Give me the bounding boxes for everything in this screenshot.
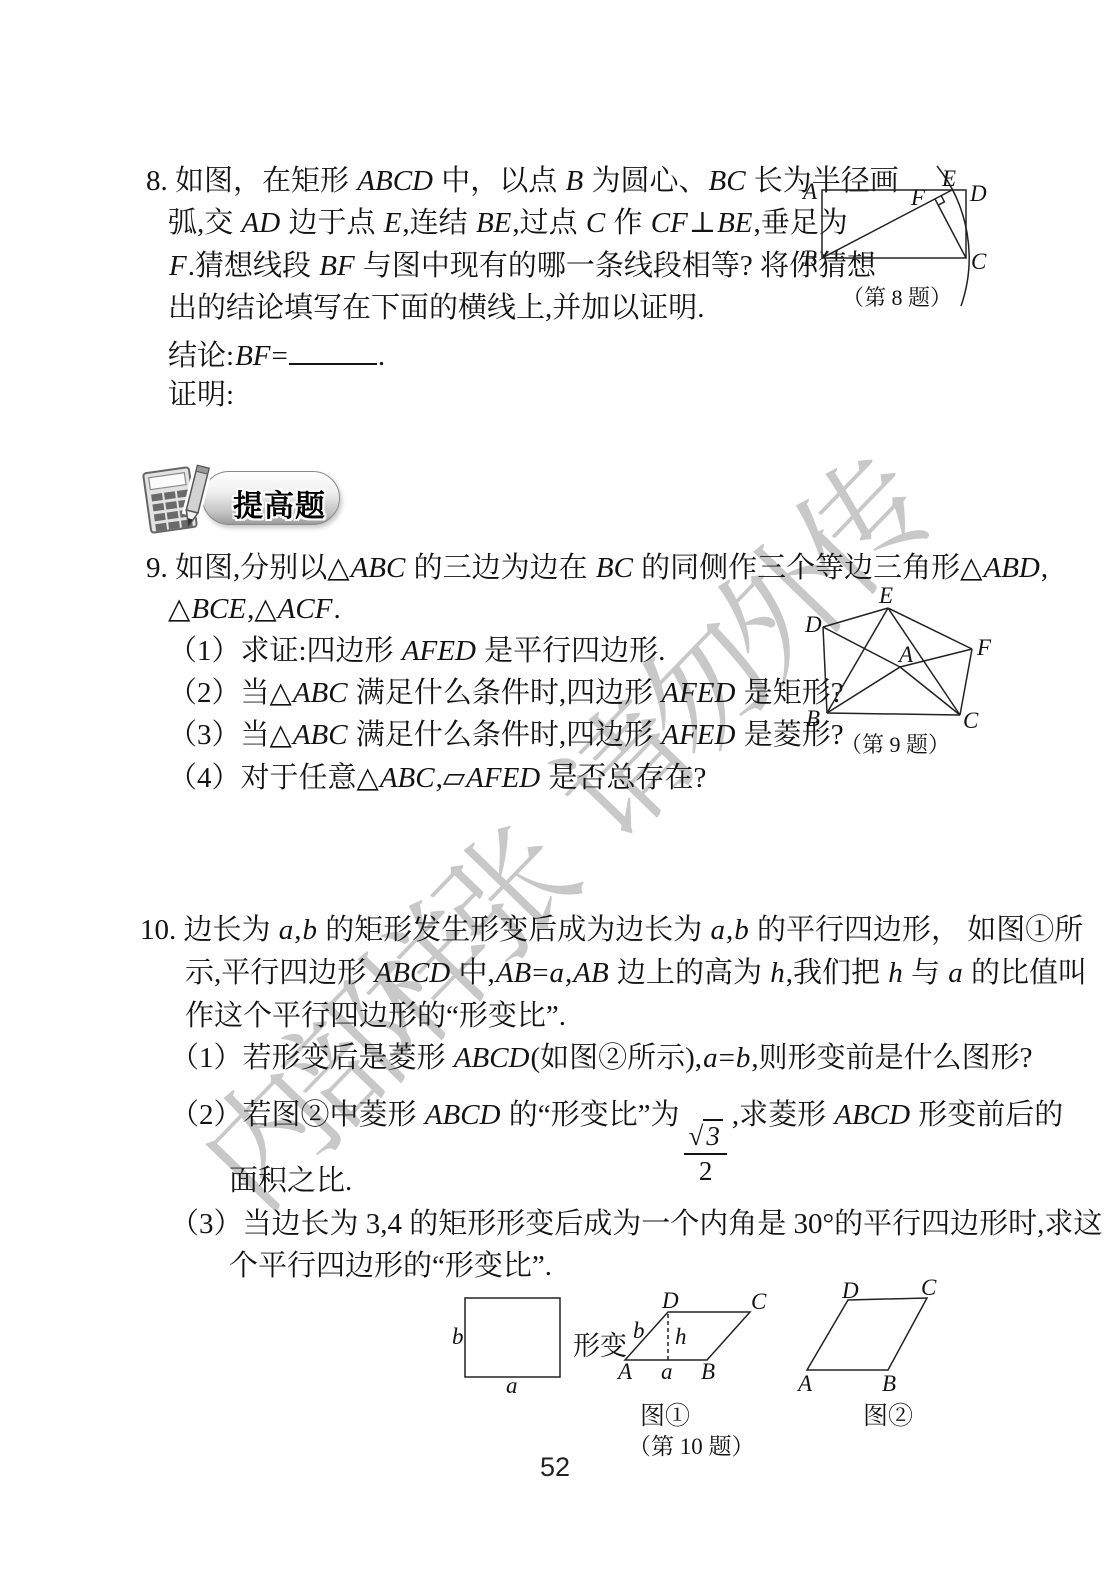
problem-8-line-4: 出的结论填写在下面的横线上,并加以证明. xyxy=(168,291,705,325)
problem-9-item-2: （2）当△ABC 满足什么条件时,四边形 AFED 是矩形? xyxy=(168,676,844,710)
radicand: 3 xyxy=(703,1119,723,1151)
figure-2-label: 图② xyxy=(852,1396,924,1432)
figure-10-parallelogram-2: D C A B xyxy=(795,1278,950,1396)
figure-9-caption: （第 9 题） xyxy=(840,732,950,757)
vertex-label-C: C xyxy=(971,249,987,274)
figure-10-parallelogram-1: D C b h A a B xyxy=(615,1285,783,1397)
rectangle-shape xyxy=(465,1298,560,1377)
problem-10-item-2-cont: 面积之比. xyxy=(229,1164,352,1198)
problem-9-item-3: （3）当△ABC 满足什么条件时,四边形 AFED 是菱形? xyxy=(168,718,844,752)
side-label-b: b xyxy=(633,1318,645,1343)
page-number: 52 xyxy=(0,1452,1110,1483)
vertex-label-F: F xyxy=(910,185,926,210)
figure-10-rectangle: b a xyxy=(450,1290,580,1398)
problem-10-line-2: 示,平行四边形 ABCD 中,AB=a,AB 边上的高为 h,我们把 h 与 a… xyxy=(185,956,1087,990)
badge-label: 提高题 xyxy=(233,481,339,525)
figure-9-segments xyxy=(823,608,972,715)
vertex-label-A: A xyxy=(897,642,914,667)
problem-8-line-3: F.猜想线段 BF 与图中现有的哪一条线段相等? 将你猜想 xyxy=(168,249,876,283)
problem-9-item-1: （1）求证:四边形 AFED 是平行四边形. xyxy=(168,634,665,668)
vertex-label-B: B xyxy=(882,1371,896,1396)
item-2-post: ,求菱形 ABCD 形变前后的 xyxy=(732,1099,1064,1131)
problem-10-item-3-cont: 个平行四边形的“形变比”. xyxy=(229,1249,552,1283)
problem-10-item-1: （1）若形变后是菱形 ABCD(如图②所示),a=b,则形变前是什么图形? xyxy=(170,1041,1033,1075)
calculator-pencil-icon xyxy=(140,458,214,542)
problem-9-item-4: （4）对于任意△ABC,▱AFED 是否总存在? xyxy=(168,761,706,795)
vertex-label-A: A xyxy=(616,1359,633,1384)
problem-9-line-2: △BCE,△ACF. xyxy=(168,592,341,626)
problem-8-proof-label: 证明: xyxy=(168,378,234,412)
side-label-b: b xyxy=(452,1324,464,1349)
item-2-pre: （2）若图②中菱形 ABCD 的“形变比”为 xyxy=(170,1099,679,1131)
figure-9-diagram: E D F A B C （第 9 题） xyxy=(793,581,998,771)
vertex-label-A: A xyxy=(796,1371,813,1396)
height-label-h: h xyxy=(675,1324,687,1349)
vertex-label-C: C xyxy=(751,1289,767,1314)
segment-BE xyxy=(822,190,952,258)
figure-8-caption: （第 8 题） xyxy=(842,285,952,310)
conclusion-period: . xyxy=(378,340,385,372)
vertex-label-F: F xyxy=(976,635,992,660)
badge-pill: 提高题 xyxy=(202,471,340,525)
radical-sign: √ xyxy=(688,1121,703,1151)
fraction-sqrt3-over-2: √32 xyxy=(684,1123,726,1185)
problem-10-line-1: 10. 边长为 a,b 的矩形发生形变后成为边长为 a,b 的平行四边形， 如图… xyxy=(140,913,1083,947)
vertex-label-B: B xyxy=(806,706,820,731)
conclusion-prefix: 结论:BF= xyxy=(168,340,288,372)
figure-8-diagram: A B C D E F （第 8 题） xyxy=(790,148,995,320)
vertex-label-A: A xyxy=(801,179,818,204)
vertex-label-B: B xyxy=(701,1359,715,1384)
side-label-a: a xyxy=(661,1359,673,1384)
problem-10-line-3: 作这个平行四边形的“形变比”. xyxy=(185,999,566,1033)
vertex-label-B: B xyxy=(803,246,817,271)
problem-9-line-1: 9. 如图,分别以△ABC 的三边为边在 BC 的同侧作三个等边三角形△ABD, xyxy=(146,551,1048,585)
problem-8-conclusion-line: 结论:BF=. xyxy=(168,334,385,373)
problem-8-line-1: 8. 如图，在矩形 ABCD 中，以点 B 为圆心、BC 长为半径画 xyxy=(146,164,899,198)
vertex-label-D: D xyxy=(841,1278,859,1303)
vertex-label-D: D xyxy=(661,1288,679,1313)
side-label-a: a xyxy=(506,1373,518,1398)
vertex-label-D: D xyxy=(804,612,822,637)
vertex-label-C: C xyxy=(921,1278,937,1300)
rectangle-ABCD xyxy=(822,190,966,258)
denominator: 2 xyxy=(684,1153,726,1185)
workbook-page: 内部样张 请勿外传 8. 如图，在矩形 ABCD 中，以点 B 为圆心、BC 长… xyxy=(0,0,1110,1571)
vertex-label-C: C xyxy=(963,708,979,733)
vertex-label-D: D xyxy=(969,181,987,206)
problem-8-line-2: 弧,交 AD 边于点 E,连结 BE,过点 C 作 CF⊥BE,垂足为 xyxy=(168,206,848,240)
answer-blank xyxy=(289,334,377,365)
vertex-label-E: E xyxy=(941,166,956,191)
section-badge: 提高题 xyxy=(140,458,410,546)
figure-1-label: 图① xyxy=(629,1396,701,1432)
rhombus-shape xyxy=(807,1298,927,1370)
problem-10-item-3: （3）当边长为 3,4 的矩形形变后成为一个内角是 30°的平行四边形时,求这 xyxy=(170,1207,1102,1241)
segment-CF xyxy=(935,199,966,258)
vertex-label-E: E xyxy=(878,583,893,608)
